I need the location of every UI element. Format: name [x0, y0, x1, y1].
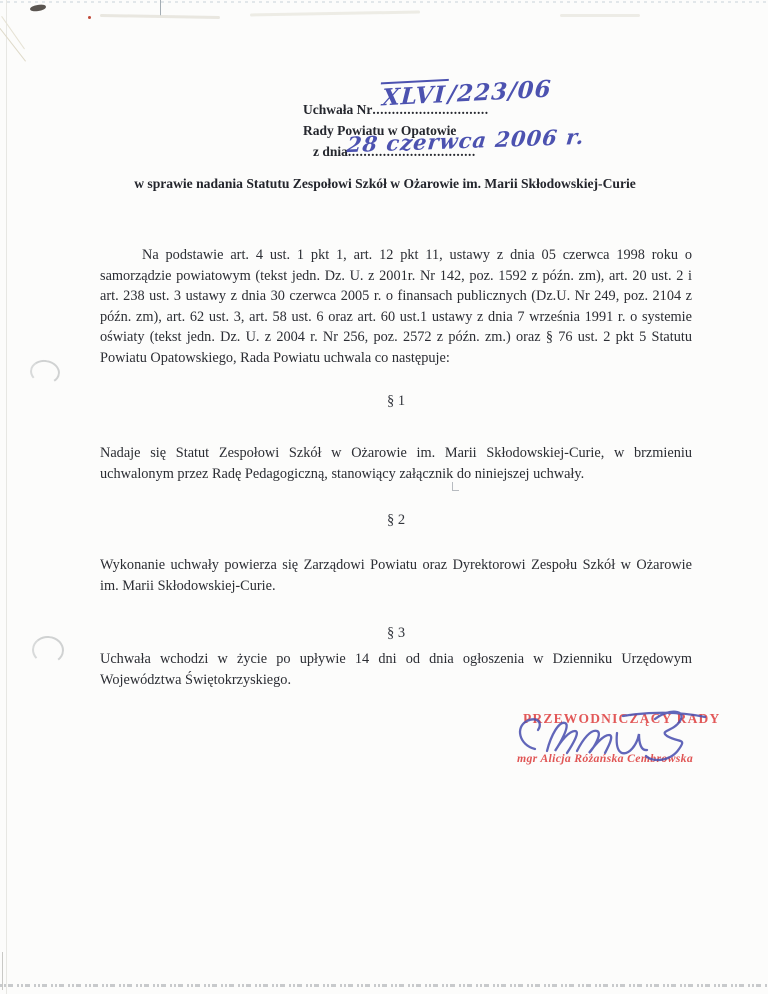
section-body-3: Uchwała wchodzi w życie po upływie 14 dn…	[100, 649, 692, 690]
section-heading-1: § 1	[100, 393, 692, 410]
scan-artifact-tick	[160, 0, 161, 16]
scan-edge-line	[2, 952, 3, 990]
paper-crease	[0, 20, 26, 62]
section-body-2: Wykonanie uchwały powierza się Zarządowi…	[100, 555, 692, 596]
scan-bottom-perforation	[0, 984, 768, 987]
section-heading-2: § 2	[100, 512, 692, 529]
staple-mark	[30, 4, 47, 12]
scan-smudge	[560, 14, 640, 17]
section-heading-3: § 3	[100, 625, 692, 642]
binder-ring-mark	[31, 635, 65, 665]
scan-edge-line	[6, 0, 7, 994]
handwritten-signature	[505, 703, 715, 775]
legal-preamble: Na podstawie art. 4 ust. 1 pkt 1, art. 1…	[100, 245, 692, 368]
handwritten-number-rest: /223/06	[447, 75, 552, 108]
handwritten-resolution-number: XLVI/223/06	[379, 75, 552, 111]
scan-smudge	[100, 14, 220, 19]
scanned-document-page: Uchwała Nr..............................…	[0, 0, 768, 994]
handwritten-roman-numeral: XLVI	[379, 79, 448, 112]
binder-ring-mark	[28, 358, 61, 386]
scan-top-edge	[0, 1, 768, 3]
section-body-1: Nadaje się Statut Zespołowi Szkół w Ożar…	[100, 443, 692, 484]
resolution-number-label: Uchwała Nr	[303, 102, 372, 117]
scan-speck	[88, 16, 91, 19]
document-subject: w sprawie nadania Statutu Zespołowi Szkó…	[84, 176, 686, 192]
date-label: z dnia	[313, 144, 348, 159]
scan-smudge	[250, 11, 420, 17]
